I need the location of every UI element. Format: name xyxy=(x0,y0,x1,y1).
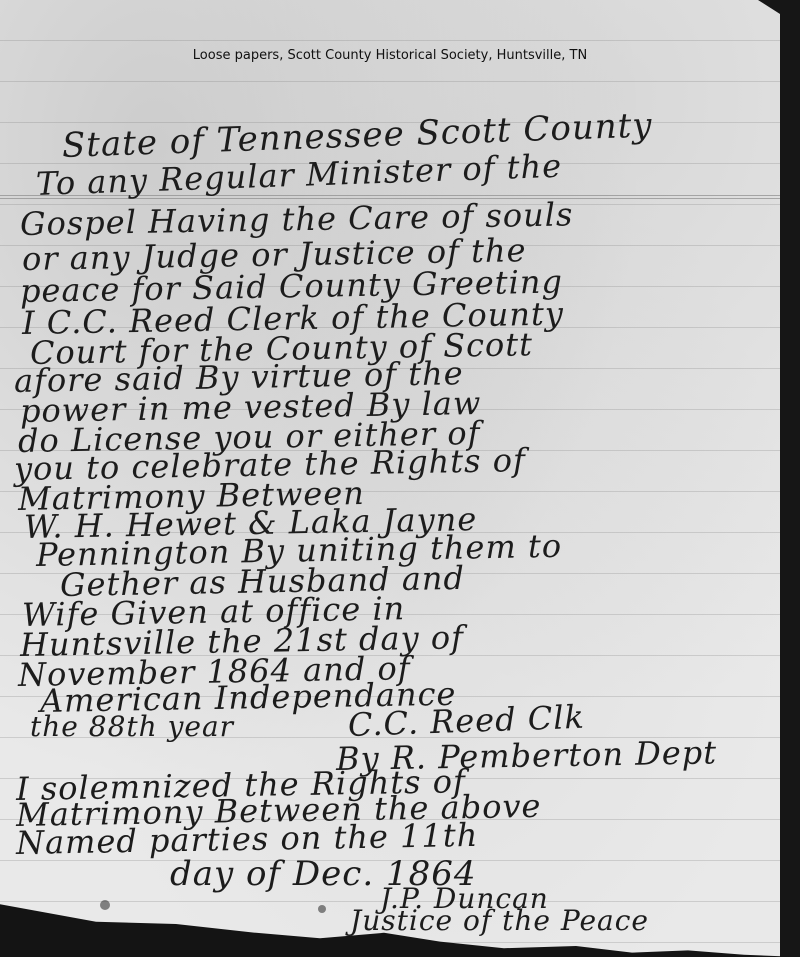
scan-border-right xyxy=(780,0,800,957)
license-line: the 88th year xyxy=(30,710,234,743)
justice-title: Justice of the Peace xyxy=(350,904,649,937)
archive-caption: Loose papers, Scott County Historical So… xyxy=(0,48,780,63)
ink-stain xyxy=(318,905,326,913)
ink-stain xyxy=(100,900,110,910)
